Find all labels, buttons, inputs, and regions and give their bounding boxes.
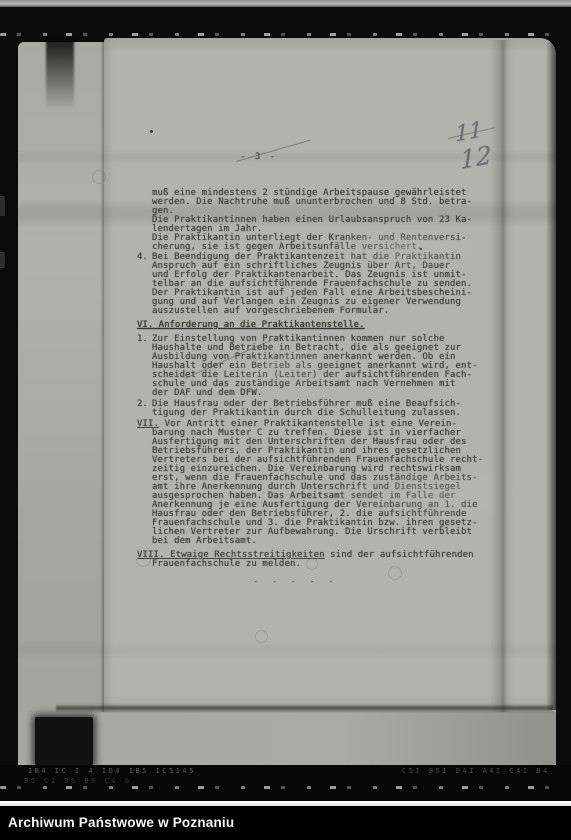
dust-speck — [150, 130, 153, 133]
dust-ring — [306, 558, 318, 570]
paragraph-section-viii: VIII. Etwaige Rechtsstreitigkeiten sind … — [152, 551, 534, 569]
section-vii-text: Vor Antritt einer Praktikantenstelle ist… — [152, 419, 483, 546]
dust-ring — [136, 552, 151, 567]
page-right-edge — [546, 42, 556, 710]
handwritten-number: 12 — [460, 140, 492, 175]
film-marker-square — [35, 717, 93, 765]
paragraph-item-4: Bei Beendigung der Praktikantenzeit hat … — [152, 253, 534, 316]
paragraph-item-2: Die Hausfrau oder der Betriebsführer muß… — [152, 400, 534, 418]
microfilm-scan: - 3 - 11 12 muß eine mindestens 2 stündi… — [0, 0, 571, 840]
end-separator: - - - - - — [253, 577, 338, 587]
item-2-number: 2. — [137, 400, 148, 409]
film-scratch-top — [0, 33, 571, 36]
page-gap-shadow-top — [46, 38, 74, 110]
film-edge-code-left-2: B5 C1 D5 B6 C4 6 — [24, 777, 131, 785]
paragraph-section-vii: VII. Vor Antritt einer Praktikantenstell… — [152, 420, 534, 546]
archive-name: Archiwum Państwowe w Poznaniu — [8, 815, 234, 830]
page-bottom-margin — [18, 712, 556, 765]
film-scratch-bottom — [0, 786, 571, 789]
dust-ring — [92, 170, 106, 184]
caption-bar: Archiwum Państwowe w Poznaniu — [0, 806, 571, 840]
item-4-number: 4. — [137, 253, 148, 262]
dust-ring — [388, 566, 402, 580]
section-heading-vi: VI. Anforderung an die Praktikantenstell… — [137, 321, 365, 330]
film-edge-mark — [0, 196, 5, 216]
item-1-number: 1. — [137, 335, 148, 344]
film-edge-mark — [0, 252, 5, 268]
film-edge-code-right: C5I B5I D4I A4I C4I B4 — [402, 767, 550, 775]
dust-ring — [255, 630, 268, 643]
dust-speck — [420, 248, 422, 250]
film-top-strip — [0, 0, 571, 7]
paragraph-intro: muß eine mindestens 2 stündige Arbeitspa… — [152, 189, 534, 252]
page-bottom-edge — [56, 704, 553, 713]
film-edge-code-left: IB4 IC I 4 ID4 IB5 IC51A5 — [28, 767, 196, 775]
underlying-page-edge — [18, 42, 104, 765]
film-bottom-band: IB4 IC I 4 ID4 IB5 IC51A5 B5 C1 D5 B6 C4… — [0, 765, 571, 801]
